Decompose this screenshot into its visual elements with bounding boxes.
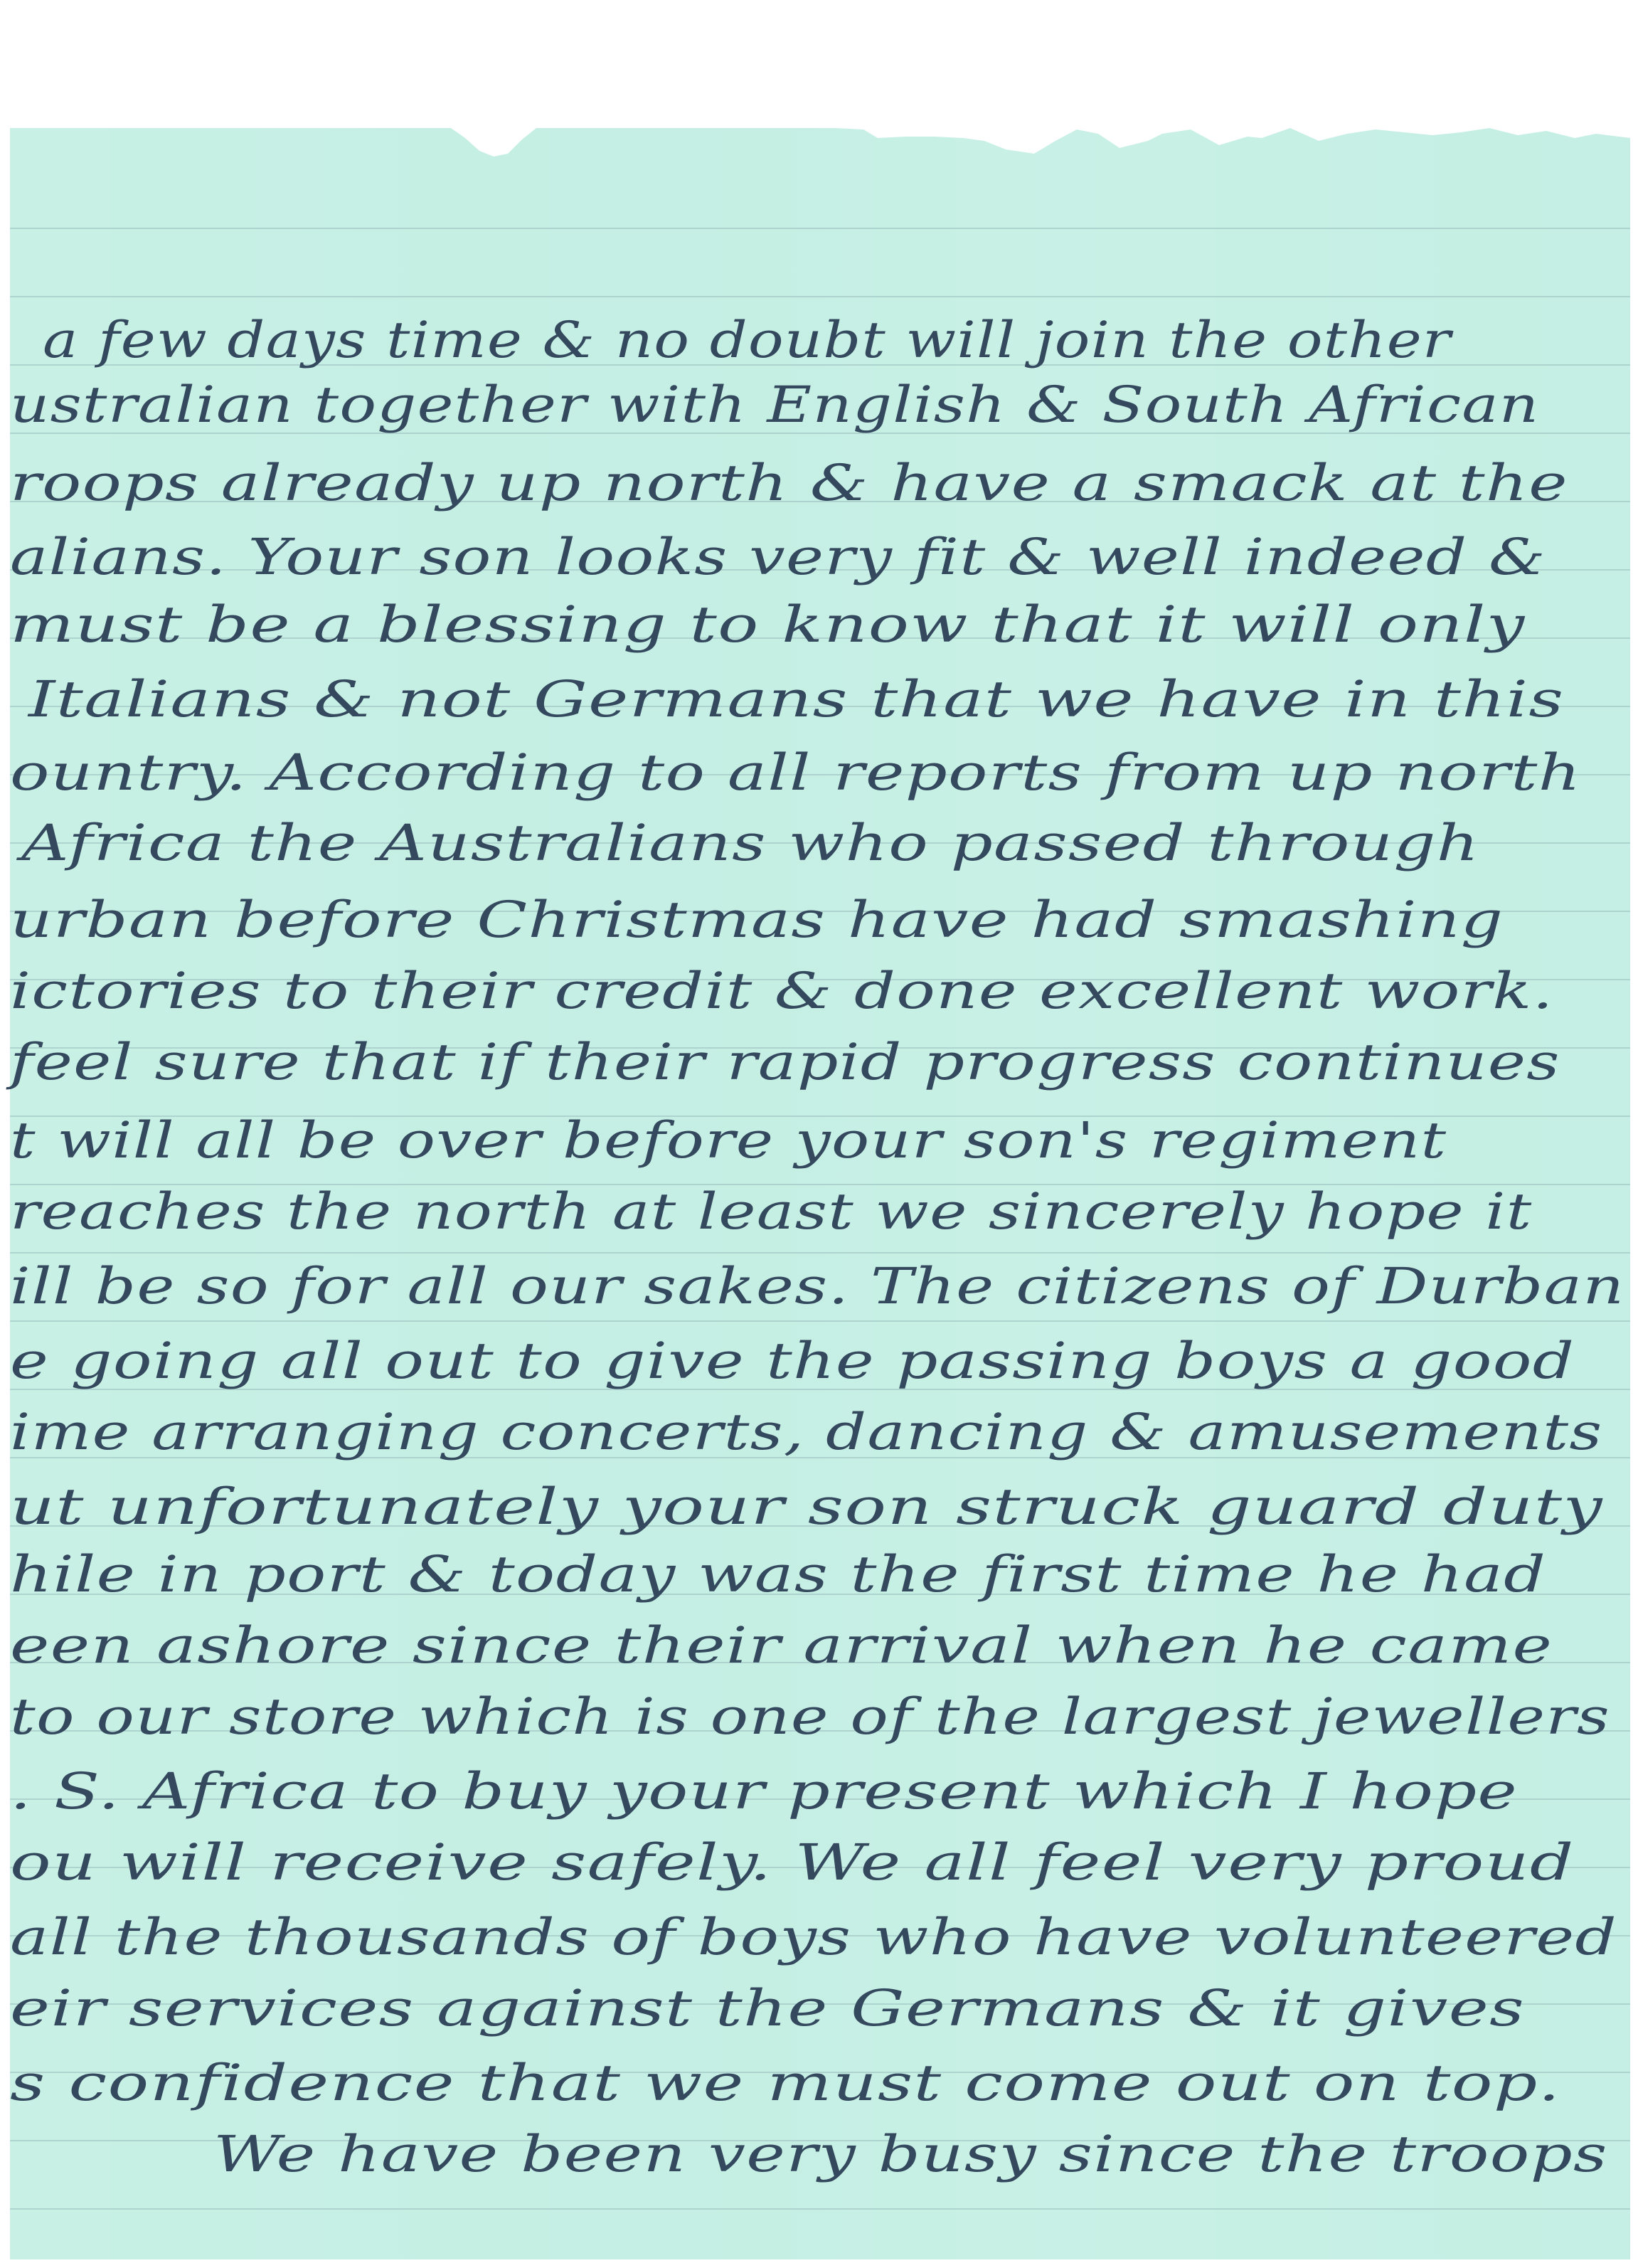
handwritten-line: ut unfortunately your son struck guard d…: [10, 1482, 1603, 1532]
handwritten-line: ictories to their credit & done excellen…: [10, 966, 1554, 1016]
handwritten-line: ou will receive safely. We all feel very…: [10, 1838, 1575, 1887]
handwritten-line: ime arranging concerts, dancing & amusem…: [10, 1407, 1602, 1457]
ruled-line: [10, 1252, 1630, 1254]
handwritten-line: eir services against the Germans & it gi…: [10, 1983, 1525, 2033]
handwritten-line: t will all be over before your son's reg…: [10, 1116, 1447, 1165]
handwritten-line: s confidence that we must come out on to…: [10, 2058, 1561, 2108]
ruled-line: [10, 296, 1630, 297]
ruled-line: [10, 228, 1630, 229]
handwritten-line: roops already up north & have a smack at…: [10, 458, 1568, 508]
handwritten-line: ustralian together with English & South …: [10, 380, 1539, 430]
handwritten-line: We have been very busy since the troops: [213, 2129, 1608, 2179]
handwritten-line: . S. Africa to buy your present which I …: [10, 1766, 1518, 1816]
handwritten-line: een ashore since their arrival when he c…: [10, 1621, 1553, 1670]
handwritten-line: Italians & not Germans that we have in t…: [28, 674, 1564, 724]
handwritten-line: feel sure that if their rapid progress c…: [10, 1037, 1560, 1087]
handwritten-line: a few days time & no doubt will join the…: [43, 315, 1452, 365]
handwritten-line: ountry. According to all reports from up…: [10, 748, 1581, 797]
handwritten-line: alians. Your son looks very fit & well i…: [10, 532, 1546, 582]
handwritten-line: reaches the north at least we sincerely …: [10, 1187, 1532, 1236]
ruled-line: [10, 1320, 1630, 1322]
ruled-line: [10, 2208, 1630, 2210]
handwritten-line: e going all out to give the passing boys…: [10, 1336, 1575, 1386]
torn-top-edge: [10, 128, 1630, 178]
handwritten-line: to our store which is one of the largest…: [10, 1692, 1610, 1742]
handwritten-line: must be a blessing to know that it will …: [10, 600, 1526, 650]
handwritten-line: hile in port & today was the first time …: [10, 1549, 1546, 1599]
handwritten-line: ill be so for all our sakes. The citizen…: [10, 1261, 1624, 1311]
handwritten-line: all the thousands of boys who have volun…: [10, 1912, 1617, 1962]
handwritten-line: urban before Christmas have had smashing: [10, 895, 1504, 945]
handwritten-line: Africa the Australians who passed throug…: [21, 818, 1479, 868]
